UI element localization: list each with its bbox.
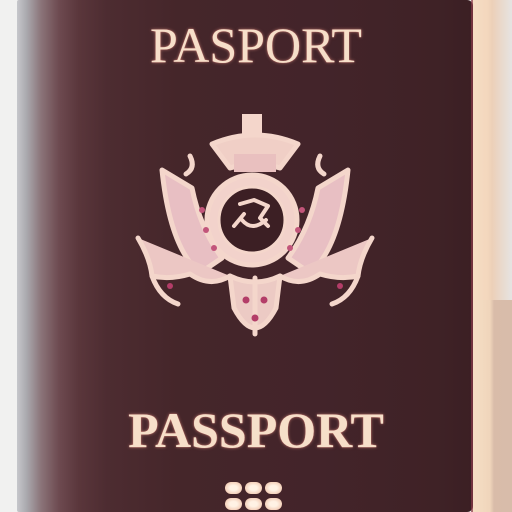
passport-title-top: PASPORT: [0, 16, 512, 74]
biometric-chip-icon: [225, 482, 283, 512]
passport-title-bottom: PASSPORT: [0, 401, 512, 459]
coat-of-arms-icon: [130, 108, 380, 353]
